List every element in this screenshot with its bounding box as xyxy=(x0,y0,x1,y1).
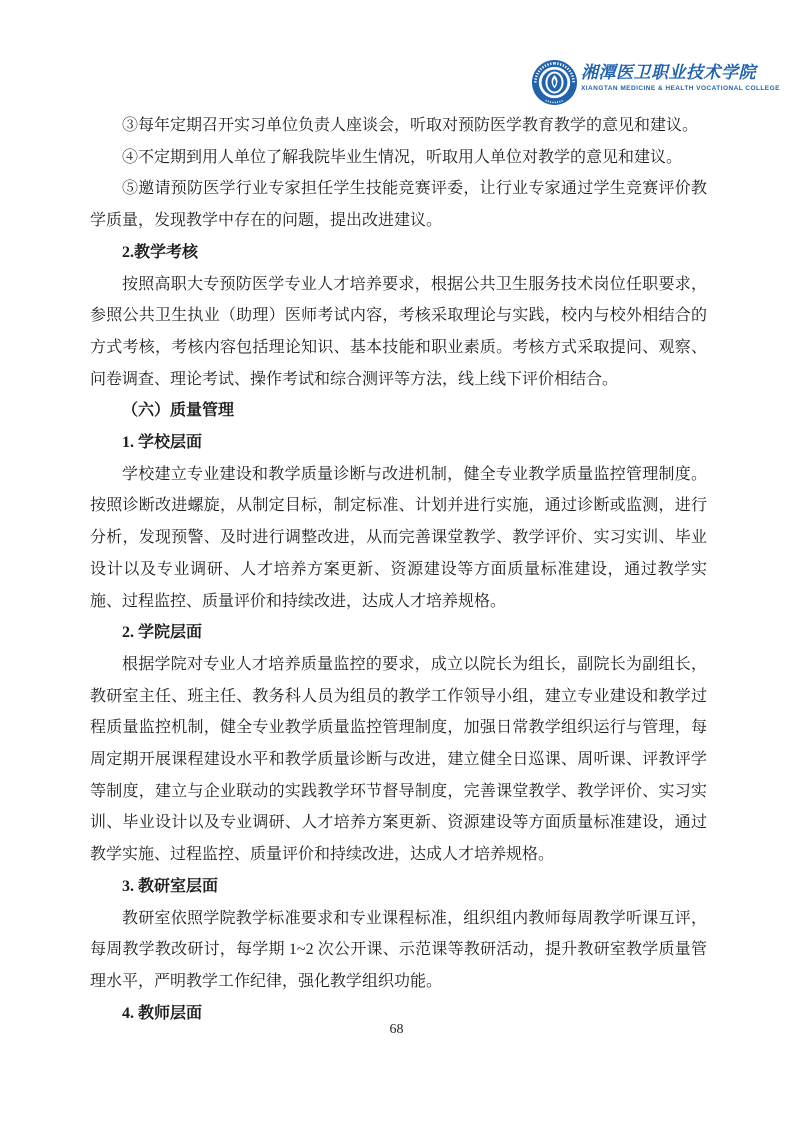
paragraph: ⑤邀请预防医学行业专家担任学生技能竞赛评委，让行业专家通过学生竞赛评价教学质量，… xyxy=(90,173,707,236)
paragraph: 根据学院对专业人才培养质量监控的要求，成立以院长为组长，副院长为副组长，教研室主… xyxy=(90,649,707,871)
school-name-zh: 湘潭医卫职业技术学院 xyxy=(581,63,780,83)
heading: 3. 教研室层面 xyxy=(90,871,707,903)
paragraph: 教研室依照学院教学标准要求和专业课程标准，组织组内教师每周教学听课互评，每周教学… xyxy=(90,903,707,998)
paragraph: ④不定期到用人单位了解我院毕业生情况，听取用人单位对教学的意见和建议。 xyxy=(90,142,707,174)
document-body: ③每年定期召开实习单位负责人座谈会，听取对预防医学教育教学的意见和建议。④不定期… xyxy=(90,110,707,1029)
paragraph: 按照高职大专预防医学专业人才培养要求，根据公共卫生服务技术岗位任职要求，参照公共… xyxy=(90,269,707,396)
document-page: 湘潭医卫职业技术学院 XIANGTAN MEDICINE & HEALTH VO… xyxy=(0,0,793,1122)
header-logo: 湘潭医卫职业技术学院 XIANGTAN MEDICINE & HEALTH VO… xyxy=(531,59,761,109)
heading: 2.教学考核 xyxy=(90,237,707,269)
school-name-en: XIANGTAN MEDICINE & HEALTH VOCATIONAL CO… xyxy=(581,85,780,93)
heading: 1. 学校层面 xyxy=(90,427,707,459)
school-emblem-icon xyxy=(531,59,578,106)
paragraph: 学校建立专业建设和教学质量诊断与改进机制，健全专业教学质量监控管理制度。按照诊断… xyxy=(90,459,707,618)
heading: 2. 学院层面 xyxy=(90,617,707,649)
page-number: 68 xyxy=(0,1022,793,1038)
paragraph: ③每年定期召开实习单位负责人座谈会，听取对预防医学教育教学的意见和建议。 xyxy=(90,110,707,142)
heading: （六）质量管理 xyxy=(90,395,707,427)
school-name: 湘潭医卫职业技术学院 XIANGTAN MEDICINE & HEALTH VO… xyxy=(581,59,780,93)
